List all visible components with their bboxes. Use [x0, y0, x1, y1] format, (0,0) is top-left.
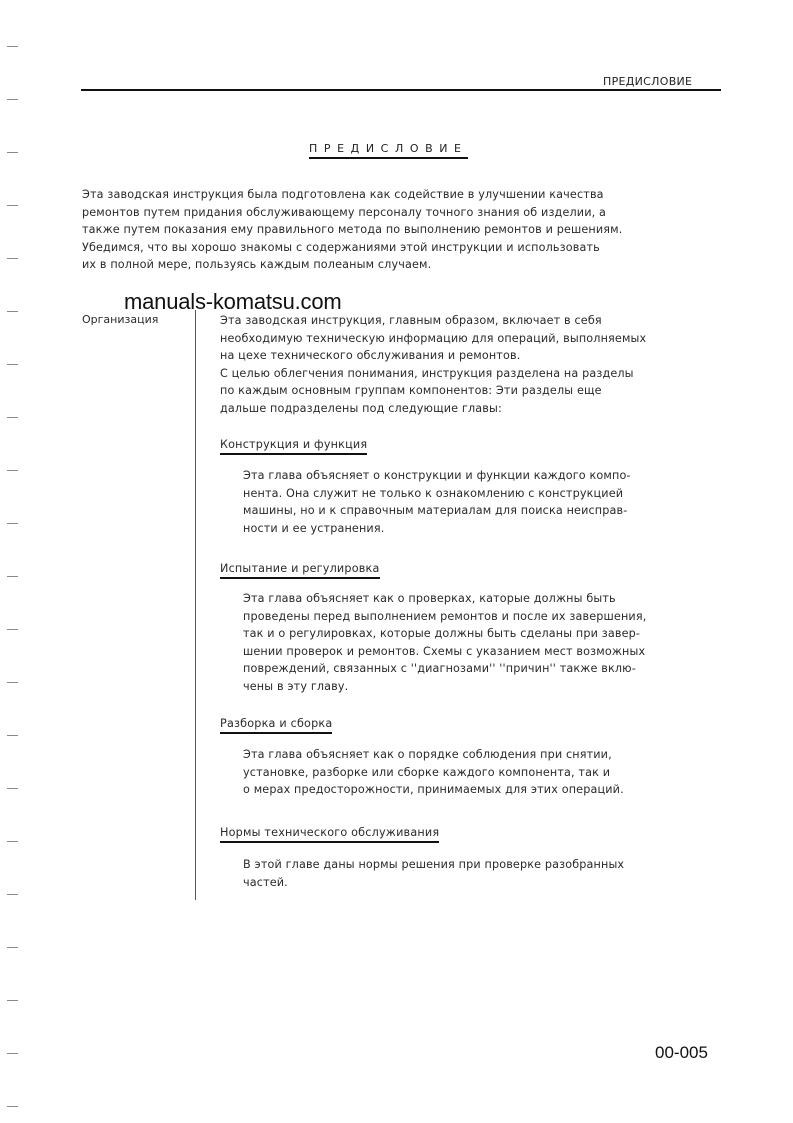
text-line: С целью облегчения понимания, инструкция…	[220, 365, 646, 383]
chapter-heading-construction: Конструкция и функция	[220, 437, 367, 455]
text-line: на цехе технического обслуживания и ремо…	[220, 347, 646, 365]
binding-mark	[7, 788, 18, 789]
binding-mark	[7, 841, 18, 842]
text-line: установке, разборке или сборке каждого к…	[243, 764, 624, 782]
text-line: дальше подразделены под следующие главы:	[220, 400, 646, 418]
text-line: по каждым основным группам компонентов: …	[220, 382, 646, 400]
text-line: Эта глава объясняет как о порядке соблюд…	[243, 746, 624, 764]
intro-line: также путем показания ему правильного ме…	[82, 221, 722, 239]
text-line: шении проверок и ремонтов. Схемы с указа…	[243, 643, 646, 661]
chapter-text-construction: Эта глава объясняет о конструкции и функ…	[243, 467, 631, 537]
header-rule	[81, 89, 721, 91]
binding-mark	[7, 947, 18, 948]
text-line: Эта глава объясняет о конструкции и функ…	[243, 467, 631, 485]
text-line: чены в эту главу.	[243, 678, 646, 696]
chapter-heading-testing: Испытание и регулировка	[220, 561, 380, 579]
chapter-text-disassembly: Эта глава объясняет как о порядке соблюд…	[243, 746, 624, 799]
text-line: Эта глава объясняет как о проверках, кат…	[243, 590, 646, 608]
text-line: ности и ее устранения.	[243, 520, 631, 538]
intro-paragraph: Эта заводская инструкция была подготовле…	[82, 186, 722, 274]
chapter-heading-disassembly: Разборка и сборка	[220, 716, 332, 734]
text-line: о мерах предосторожности, принимаемых дл…	[243, 781, 624, 799]
binding-mark	[7, 523, 18, 524]
text-line: повреждений, связанных с ''диагнозами'' …	[243, 660, 646, 678]
binding-mark	[7, 1106, 18, 1107]
text-line: В этой главе даны нормы решения при пров…	[243, 856, 624, 874]
binding-mark	[7, 258, 18, 259]
text-line: нента. Она служит не только к ознакомлен…	[243, 485, 631, 503]
binding-mark	[7, 1053, 18, 1054]
binding-mark	[7, 364, 18, 365]
chapter-heading-maintenance-standards: Нормы технического обслуживания	[220, 825, 439, 843]
intro-line: Убедимся, что вы хорошо знакомы с содерж…	[82, 239, 722, 257]
binding-mark	[7, 1000, 18, 1001]
page-number: 00-005	[655, 1043, 708, 1063]
binding-mark	[7, 99, 18, 100]
watermark-link: manuals-komatsu.com	[124, 289, 342, 315]
binding-mark	[7, 152, 18, 153]
vertical-divider	[195, 310, 196, 900]
running-header-title: ПРЕДИСЛОВИЕ	[603, 75, 692, 88]
text-line: частей.	[243, 874, 624, 892]
chapter-text-maintenance-standards: В этой главе даны нормы решения при пров…	[243, 856, 624, 891]
binding-mark	[7, 894, 18, 895]
organization-paragraph: Эта заводская инструкция, главным образо…	[220, 312, 646, 418]
intro-line: их в полной мере, пользуясь каждым полеа…	[82, 256, 722, 274]
binding-mark	[7, 311, 18, 312]
binding-mark	[7, 682, 18, 683]
binding-mark	[7, 205, 18, 206]
text-line: так и о регулировках, которые должны быт…	[243, 625, 646, 643]
chapter-text-testing: Эта глава объясняет как о проверках, кат…	[243, 590, 646, 696]
text-line: необходимую техническую информацию для о…	[220, 330, 646, 348]
text-line: проведены перед выполнением ремонтов и п…	[243, 608, 646, 626]
binding-mark	[7, 576, 18, 577]
binding-mark	[7, 470, 18, 471]
binding-mark	[7, 629, 18, 630]
binding-mark	[7, 46, 18, 47]
binding-mark	[7, 417, 18, 418]
text-line: машины, но и к справочным материалам для…	[243, 502, 631, 520]
intro-line: Эта заводская инструкция была подготовле…	[82, 186, 722, 204]
binding-mark	[7, 735, 18, 736]
page-title: ПРЕДИСЛОВИЕ	[309, 142, 468, 159]
intro-line: ремонтов путем придания обслуживающему п…	[82, 204, 722, 222]
